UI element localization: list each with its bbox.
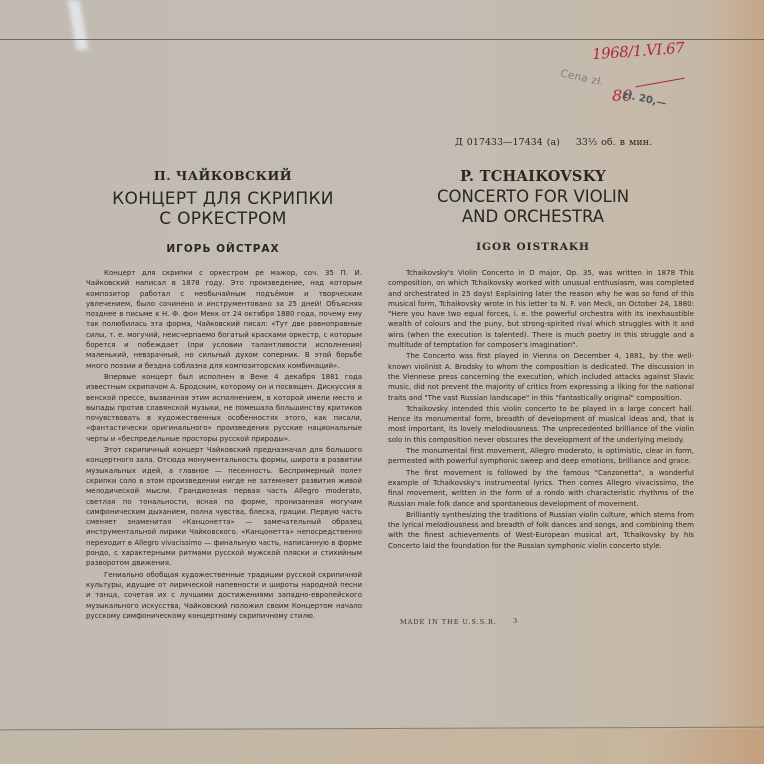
ru-composer: П. ЧАЙКОВСКИЙ (108, 168, 338, 183)
en-title-line: CONCERTO FOR VIOLIN (428, 187, 638, 207)
ru-title-line: КОНЦЕРТ ДЛЯ СКРИПКИ (108, 189, 338, 209)
price-stamp: Cena zł. (559, 68, 605, 89)
top-fold-line (0, 39, 764, 40)
price-strike-line (635, 78, 684, 88)
catalog-number: Д 017433—17434 (а) (455, 137, 560, 148)
en-paragraph: The monumental first movement, Allegro m… (388, 446, 694, 467)
en-paragraph: The Concerto was first played in Vienna … (388, 351, 694, 402)
en-composer: P. TCHAIKOVSKY (428, 168, 638, 185)
en-title: CONCERTO FOR VIOLIN AND ORCHESTRA (428, 187, 638, 227)
english-header: P. TCHAIKOVSKY CONCERTO FOR VIOLIN AND O… (388, 168, 638, 253)
en-title-line: AND ORCHESTRA (428, 207, 638, 227)
ru-title-line: С ОРКЕСТРОМ (108, 209, 338, 229)
russian-header: П. ЧАЙКОВСКИЙ КОНЦЕРТ ДЛЯ СКРИПКИ С ОРКЕ… (88, 168, 338, 255)
en-paragraph: Brilliantly synthesizing the traditions … (388, 510, 694, 551)
ru-performer: ИГОРЬ ОЙСТРАХ (108, 243, 338, 255)
bottom-flap (0, 729, 764, 764)
light-glare (68, 0, 89, 50)
made-in-label: MADE IN THE U.S.S.R. (400, 618, 497, 626)
ru-paragraph: Впервые концерт был исполнен в Вене 4 де… (86, 372, 362, 444)
handwritten-note: 1968/1.VI.67 (591, 39, 684, 63)
en-paragraph: Tchaikovsky intended this violin concert… (388, 404, 694, 445)
en-paragraph: The first movement is followed by the fa… (388, 468, 694, 509)
ru-liner-notes: Концерт для скрипки с оркестром ре мажор… (86, 268, 362, 622)
ru-title: КОНЦЕРТ ДЛЯ СКРИПКИ С ОРКЕСТРОМ (108, 189, 338, 229)
en-performer: IGOR OISTRAKH (428, 241, 638, 253)
catalog-info: Д 017433—17434 (а) 33⅓ об. в мин. (455, 137, 652, 148)
en-paragraph: Tchaikovsky's Violin Concerto in D major… (388, 268, 694, 350)
ru-paragraph: Гениально обобщая художественные традици… (86, 570, 362, 621)
printed-price: zł. 20,— (621, 89, 667, 109)
en-liner-notes: Tchaikovsky's Violin Concerto in D major… (388, 268, 694, 552)
ru-paragraph: Этот скрипичный концерт Чайковский предн… (86, 445, 362, 569)
page-number: 3 (513, 617, 517, 625)
playback-speed: 33⅓ об. в мин. (576, 137, 652, 148)
ru-paragraph: Концерт для скрипки с оркестром ре мажор… (86, 268, 362, 371)
